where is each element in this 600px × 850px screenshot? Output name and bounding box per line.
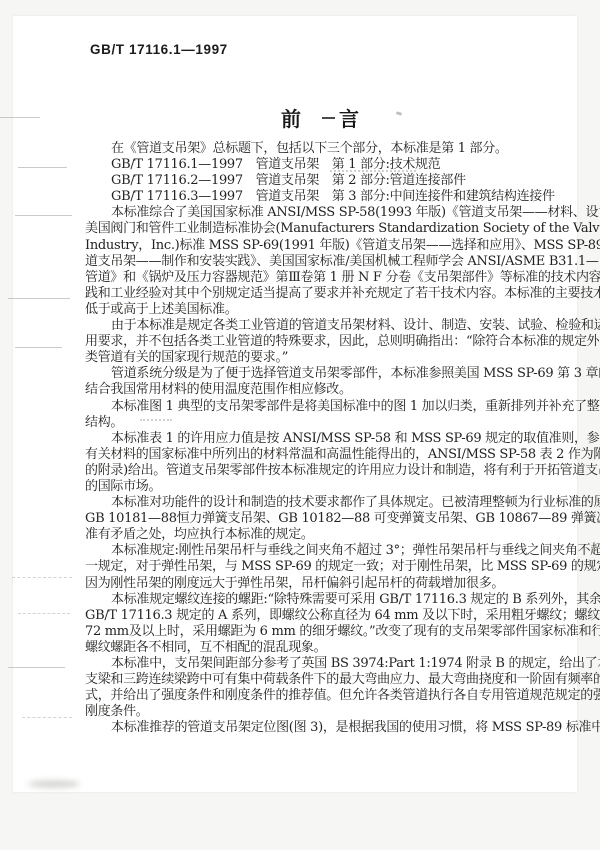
text-line: 支梁和三跨连续梁跨中可有集中荷载条件下的最大弯曲应力、最大弯曲挠度和一阶固有频率… bbox=[85, 672, 564, 688]
text-line: 践和工业经验对其中个别规定适当提高了要求并补充规定了若干技术内容。本标准的主要技… bbox=[85, 286, 564, 302]
text-line: 本标准中，支吊架间距部分参考了英国 BS 3974:Part 1:1974 附录… bbox=[85, 656, 564, 672]
text-line: GB/T 17116.3 规定的 A 系列，即螺纹公称直径为 64 mm 及以下… bbox=[85, 608, 564, 624]
text-line: Industry，Inc.)标准 MSS SP-69(1991 年版)《管道支吊… bbox=[85, 238, 564, 254]
text-line: 的国际市场。 bbox=[85, 479, 564, 495]
text-line: 在《管道支吊架》总标题下，包括以下三个部分，本标准是第 1 部分。 bbox=[85, 141, 564, 157]
doc-number: GB/T 17116.1—1997 bbox=[90, 42, 228, 57]
text-line: 本标准图 1 典型的支吊架零部件是将美国标准中的图 1 加以归类，重新排列并补充… bbox=[85, 399, 564, 415]
scan-artifact-line bbox=[8, 298, 70, 299]
text-line: 72 mm及以上时，采用螺距为 6 mm 的细牙螺纹。”改变了现有的支吊架零部件… bbox=[85, 624, 564, 640]
text-line: 因为刚性吊架的刚度远大于弹性吊架，吊杆偏斜引起吊杆的荷载增加很多。 bbox=[85, 576, 564, 592]
text-line: 准有矛盾之处，均应执行本标准的规定。 bbox=[85, 527, 564, 543]
page-title: 前 言 bbox=[281, 103, 359, 132]
text-line: 有关材料的国家标准中所列出的材料常温和高温性能得出的，ANSI/MSS SP-5… bbox=[85, 447, 564, 463]
text-line: 道支吊架——制作和安装实践》、美国国家标准/美国机械工程师学会 ANSI/ASM… bbox=[85, 254, 564, 270]
title-char-first: 前 bbox=[281, 103, 301, 132]
scan-artifact-line bbox=[15, 347, 62, 348]
text-line: GB/T 17116.1—1997 管道支吊架 第 1 部分:技术规范 bbox=[85, 157, 564, 173]
text-line: 的附录)给出。管道支吊架零部件按本标准规定的许用应力设计和制造，将有利于开拓管道… bbox=[85, 463, 564, 479]
text-line: 螺纹螺距各不相同，互不相配的混乱现象。 bbox=[85, 640, 564, 656]
text-line: 结构。 bbox=[85, 415, 564, 431]
text-line: 美国阀门和管件工业制造标准协会(Manufacturers Standardiz… bbox=[85, 221, 564, 237]
text-line: 管道》和《锅炉及压力容器规范》第Ⅲ卷第 1 册 N F 分卷《支吊架部件》等标准… bbox=[85, 270, 564, 286]
text-line: 低于或高于上述美国标准。 bbox=[85, 302, 564, 318]
text-line: 由于本标准是规定各类工业管道的管道支吊架材料、设计、制造、安装、试验、检验和运行… bbox=[85, 318, 564, 334]
text-line: 用要求，并不包括各类工业管道的特殊要求，因此，总则明确指出：“除符合本标准的规定… bbox=[85, 334, 564, 350]
scan-artifact-line bbox=[8, 667, 65, 668]
text-line: 管道系统分级是为了便于选择管道支吊架零部件，本标准参照美国 MSS SP-69 … bbox=[85, 366, 564, 382]
scan-artifact-line bbox=[15, 215, 72, 216]
text-line: 本标准综合了美国国家标准 ANSI/MSS SP-58(1993 年版)《管道支… bbox=[85, 205, 564, 221]
scan-artifact-line bbox=[18, 167, 67, 168]
scan-artifact-line bbox=[12, 577, 72, 578]
scan-artifact-line bbox=[0, 117, 40, 118]
text-line: 本标准推荐的管道支吊架定位图(图 3)，是根据我国的使用习惯，将 MSS SP-… bbox=[85, 720, 564, 736]
text-line: GB/T 17116.3—1997 管道支吊架 第 3 部分:中间连接件和建筑结… bbox=[85, 189, 564, 205]
scan-artifact-line bbox=[22, 717, 72, 718]
text-line: 本标准表 1 的许用应力值是按 ANSI/MSS SP-58 和 MSS SP-… bbox=[85, 431, 564, 447]
text-line: 本标准规定螺纹连接的螺距:“除特殊需要可采用 GB/T 17116.3 规定的 … bbox=[85, 592, 564, 608]
text-line: 刚度条件。 bbox=[85, 704, 564, 720]
text-line: 本标准规定:刚性吊架吊杆与垂线之间夹角不超过 3°；弹性吊架吊杆与垂线之间夹角不… bbox=[85, 543, 564, 559]
text-line: 类管道有关的国家现行规范的要求。” bbox=[85, 350, 564, 366]
text-line: 结合我国常用材料的使用温度范围作相应修改。 bbox=[85, 382, 564, 398]
text-line: 式，并给出了强度条件和刚度条件的推荐值。但允许各类管道执行各自专用管道规范规定的… bbox=[85, 688, 564, 704]
text-line: GB/T 17116.2—1997 管道支吊架 第 2 部分:管道连接部件 bbox=[85, 173, 564, 189]
text-line: 本标准对功能件的设计和制造的技术要求都作了具体规定。已被清理整顿为行业标准的原 bbox=[85, 495, 564, 511]
text-line: GB 10181—88恒力弹簧支吊架、GB 10182—88 可变弹簧支吊架、G… bbox=[85, 511, 564, 527]
scan-dash-artifact bbox=[322, 117, 335, 119]
scanned-document: GB/T 17116.1—1997 前 言 在《管道支吊架》总标题下，包括以下三… bbox=[0, 0, 600, 850]
scan-artifact-line bbox=[18, 613, 70, 614]
body-text: 在《管道支吊架》总标题下，包括以下三个部分，本标准是第 1 部分。GB/T 17… bbox=[85, 141, 564, 736]
text-line: 一规定，对于弹性吊架，与 MSS SP-69 的规定一致；对于刚性吊架，比 MS… bbox=[85, 559, 564, 575]
scan-smudge bbox=[28, 780, 80, 788]
title-char-second: 言 bbox=[339, 103, 359, 132]
